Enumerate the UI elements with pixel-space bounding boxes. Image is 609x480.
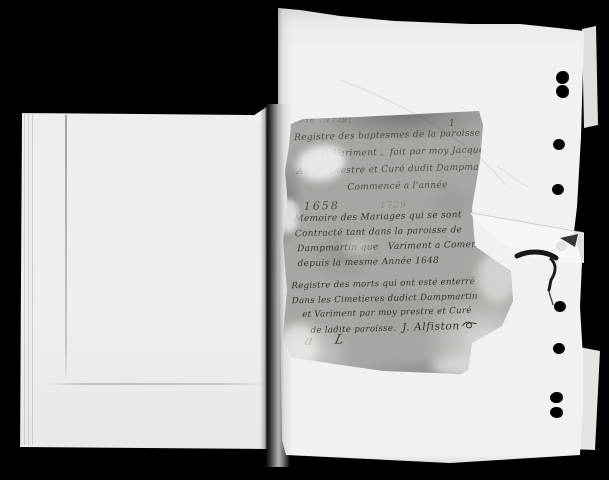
- vertical-fold-line: [65, 115, 67, 385]
- horizontal-crease-line: [48, 383, 267, 385]
- binding-hole: [554, 301, 566, 312]
- signature-paraph-icon: [462, 319, 478, 329]
- binding-hole: [550, 392, 563, 403]
- stacked-page-edges: [20, 111, 34, 445]
- burial-register-heading: Registre des morts qui ont esté enterré …: [291, 275, 478, 339]
- binding-hole: [553, 139, 565, 150]
- binding-hole: [556, 85, 569, 98]
- under-sheet-edge-top: [582, 26, 598, 128]
- pen-trial-mark: 5 1: [341, 117, 352, 125]
- binding-hole: [553, 343, 565, 354]
- binding-gutter-shadow: [260, 104, 290, 467]
- page-top-edge-shadow: [20, 111, 267, 114]
- left-blank-page: [20, 107, 267, 449]
- binding-hole: [552, 184, 564, 195]
- binding-hole: [556, 71, 569, 84]
- pen-flourish-marks: a L: [303, 332, 354, 349]
- binding-hole: [556, 241, 567, 251]
- marriage-register-heading: Memoire des Mariages qui se sont Contrac…: [294, 208, 489, 273]
- microfilm-scan-viewport: 1656 . 1729 5 1 1 Registre des baptesmes…: [0, 0, 609, 480]
- curate-signature: J. Alfiston: [402, 320, 460, 333]
- binding-hole: [550, 407, 563, 418]
